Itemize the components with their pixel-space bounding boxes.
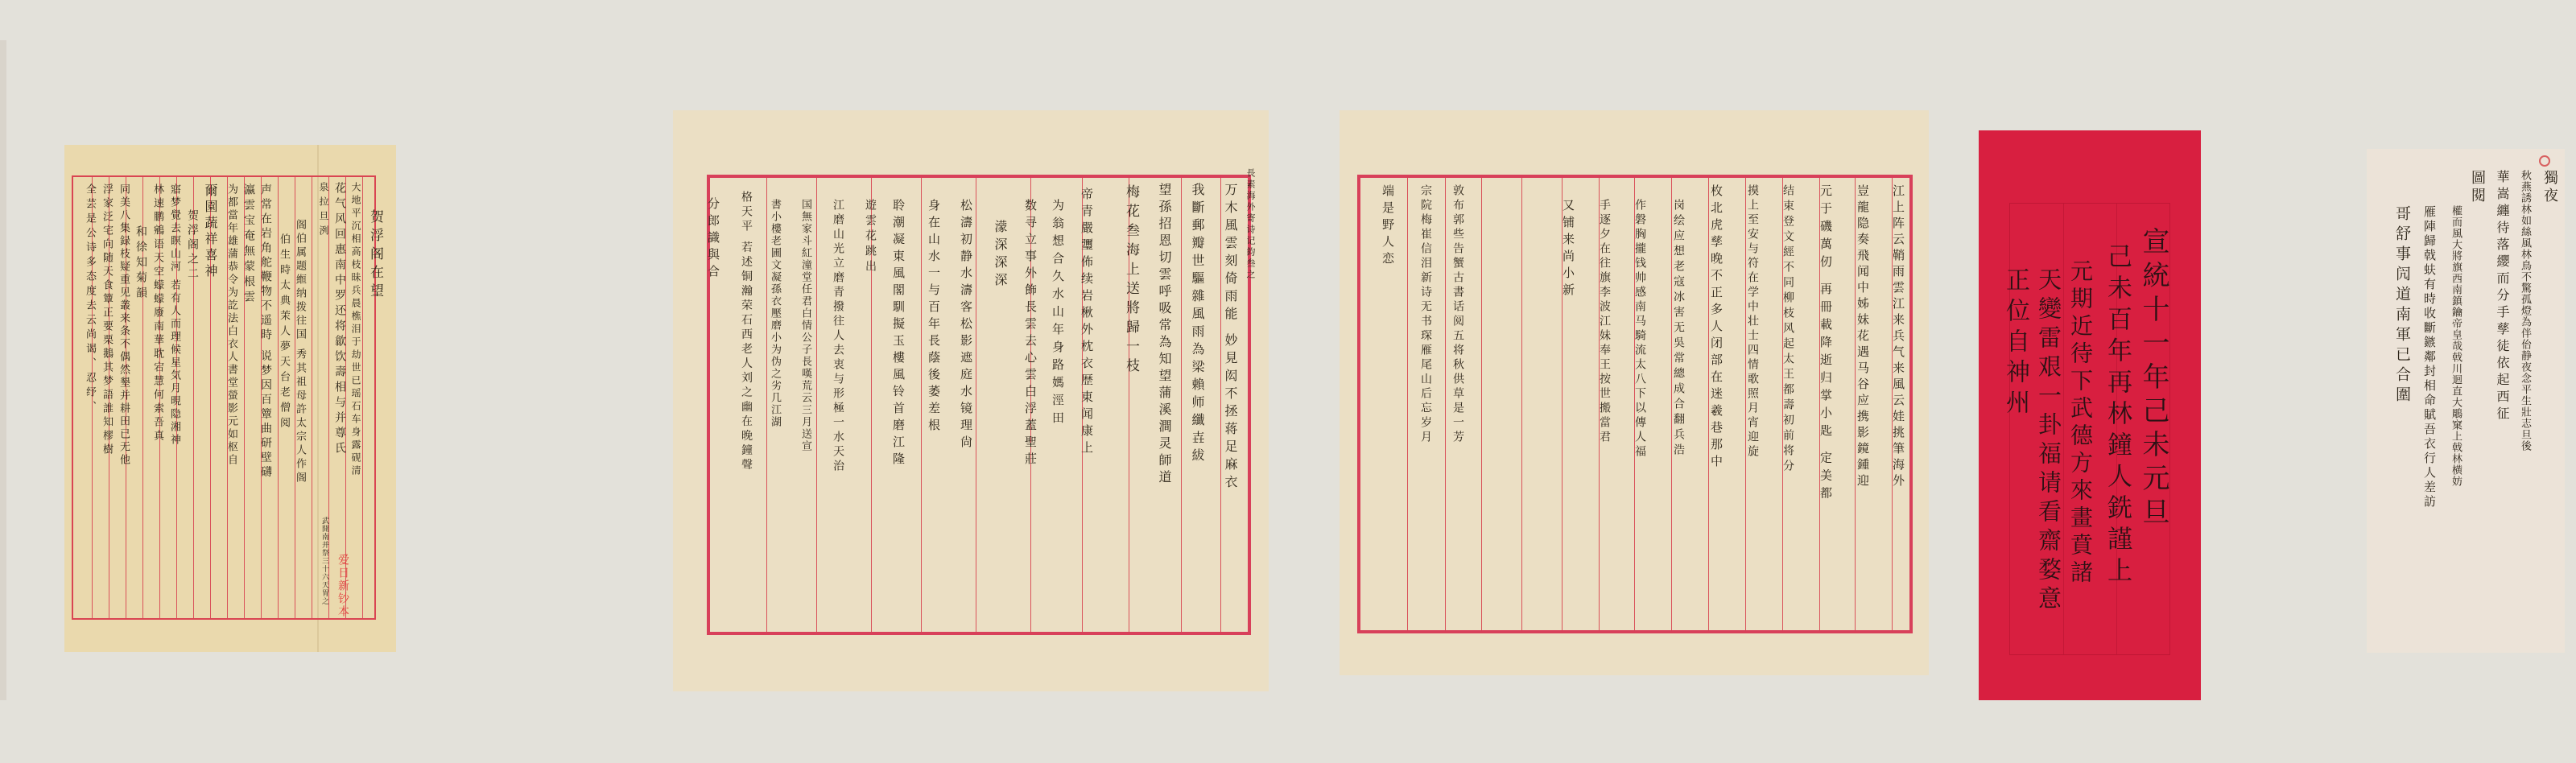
- text-column: 和徐知菊韻: [135, 225, 147, 302]
- manuscript-panel-1: 贺浮阁在望 大地平沉相高枝昧兵晨樵泪于劫世已瑶石车身露砚清 花气风回惠南中罗还将…: [64, 145, 396, 652]
- text-column: 我斷郵瓣世驅雜風雨為梁賴师纖壵紱: [1191, 183, 1203, 466]
- text-column: 聆潮凝東風閣馴擬玉樓風铃首磨江隆: [892, 199, 904, 469]
- text-column: 岗绘应想老寇冰害无吳常總成合翻兵浩: [1673, 199, 1684, 459]
- text-column: 为都當年雄蒲恭令为訖法白衣人書堂螢影元如枢自: [226, 184, 237, 467]
- card-text-column: 天變雷艰一卦福请看齋婺意: [2037, 267, 2060, 615]
- card-text-column: 己未百年再林鐘人銑謹上: [2104, 243, 2129, 588]
- text-column: 又铺来尚小新: [1562, 199, 1574, 300]
- text-column: 敦布郭些告蟹古書话阅五将秋供草是一芳: [1452, 184, 1463, 445]
- text-column: 身在山水一与百年長蔭後萎差根: [927, 199, 939, 435]
- manuscript-panel-3: 江上阵云鞘雨雲江来兵气来風云娃挑筆海外 豈龍隐奏飛闻中姊妹花遇马谷应携影鏡鍾迎 …: [1340, 110, 1929, 675]
- text-column: 元于磯萬仞 再冊載降逝归掌小匙 定美都: [1819, 184, 1831, 505]
- text-column: 摸上至安与符在学中壮士四情歌照月宵迎旋: [1747, 184, 1758, 460]
- text-column: 大地平沉相高枝昧兵晨樵泪于劫世已瑶石车身露砚清: [351, 182, 361, 478]
- text-column: 梅花叁海上送將歸一枝: [1124, 184, 1137, 377]
- text-column: 爾園蔬祥喜神: [204, 184, 217, 280]
- text-column: 寤梦覺去瞑山河 若有人而理候星気月晛隐湘神: [169, 184, 180, 447]
- text-column: 全芸是公诗多态度去云尚谒、忍纾、: [85, 184, 95, 415]
- previous-sheet-edge: [0, 40, 6, 700]
- note-text-column: 哥舒事闶道南軍已合圍: [2394, 205, 2409, 406]
- text-column: 端是野人恋: [1381, 184, 1393, 269]
- text-column: 同美八集録枝疑重见叢来条不偶然墾并耕田已无他: [118, 184, 129, 467]
- text-column: 分郎識與合: [707, 197, 719, 282]
- text-column: 数寻立事外飾長雲去心雲白浮蓋聖莊: [1024, 199, 1036, 469]
- text-column: 贺浮阁之二: [187, 209, 198, 282]
- text-column: 枚北虎孳晚不正多人闭部在迷羲巷那中: [1710, 184, 1722, 472]
- red-greeting-card: 宣統十一年己未元旦 己未百年再林鐘人銑謹上 元期近待下武德方來畫賁諸 天變雷艰一…: [1979, 130, 2201, 700]
- text-column: 伯生時太典茉人夢天台老僧阅: [279, 233, 289, 432]
- text-column: 格天平 若述铜瀚荣石西老人刘之幽在晚鐘聲: [741, 191, 752, 472]
- text-column: 花气风回惠南中罗还将歙饮壽相与并尊氏: [334, 182, 345, 457]
- text-column: 宗院梅崔信泪新诗无书琛雁尾山后忘岁月: [1420, 184, 1431, 445]
- card-text-column: 正位自神州: [2003, 267, 2027, 420]
- text-column: 帝青嚴瓕佈续岩楸外枕衣歴東闻康上: [1080, 188, 1092, 458]
- red-seal-stamp: 爱日新钞本: [335, 554, 351, 618]
- text-column: 手逐夕在往旗李波江妹奉王按世搬當君: [1599, 199, 1610, 445]
- text-column: 泉拉旦洌: [319, 182, 328, 240]
- note-text-column: 獨夜: [2542, 170, 2557, 205]
- card-text-column: 宣統十一年己未元旦: [2140, 227, 2167, 531]
- text-column: 望孫招恩切雲呼吸常為知望蒲溪澗灵師道: [1158, 183, 1170, 487]
- text-column: 松濤初静水濤客松影遮庭水镜理尙: [960, 199, 972, 452]
- text-column: 阁伯属题縆纳拨往国 秀其祖母許太宗人作阁: [295, 219, 305, 485]
- text-column: 贺浮阁在望: [368, 209, 382, 302]
- text-column: 江上阵云鞘雨雲江来兵气来風云娃挑筆海外: [1892, 184, 1904, 490]
- note-text-column: 秋燕誘林如絲風林鳥不驚孤燈為伴佁静夜念平生壯志旦後: [2520, 170, 2530, 452]
- text-column: 瀛雲宝奄無蒙根雲: [243, 184, 254, 306]
- text-column: 長素海外寄诗记鈞叁之: [1246, 168, 1255, 281]
- text-column: 为翁想合久水山年身路媽涇田: [1051, 199, 1063, 429]
- note-text-column: 華嵩纏待落纓而分手孳徒依起西征: [2495, 170, 2508, 423]
- text-column: 書小樓老圃文凝孫衣壓磨小为伪之劣几江湖: [770, 199, 780, 428]
- note-text-column: 權而風大將旗西南鎮鑰帝皇哉戟川迴直大鵰窠上戟林横妨: [2450, 205, 2461, 487]
- card-text-column: 元期近待下武德方來畫賁諸: [2069, 259, 2091, 588]
- text-column: 国無家斗紅潼堂任君白情公子長嘆荒云三月送宣: [800, 199, 811, 452]
- text-column: 声常在岩角舵鞭物不遥時 说梦因百簟曲研壁礴: [260, 184, 271, 480]
- small-red-stamp: [2539, 155, 2550, 167]
- text-column: 武開南并祭三十六天胃之: [320, 517, 328, 605]
- text-column: 豈龍隐奏飛闻中姊妹花遇马谷应携影鏡鍾迎: [1856, 184, 1868, 490]
- text-column: 浮家泛宅向随天食簟正要栗鵝其梦語誰知樛樹: [101, 184, 112, 457]
- note-text-column: 圖閱: [2470, 170, 2484, 205]
- handwritten-note: 獨夜 秋燕誘林如絲風林鳥不驚孤燈為伴佁静夜念平生壯志旦後 華嵩纏待落纓而分手孳徒…: [2367, 149, 2565, 653]
- text-column: 结束登文經不同柳枝风起太王都壽初前将分: [1782, 184, 1794, 475]
- text-column: 遊雲花跳出: [865, 199, 876, 275]
- text-column: 万木風雲刻倚雨能 妙見闳不拯蒋足麻衣: [1224, 183, 1236, 493]
- text-column: 濛深深深: [993, 220, 1006, 291]
- text-column: 江磨山光立磨青撥往人去衷与形極一水天治: [832, 199, 844, 474]
- text-column: 林速鹏鵷语天空蠓蠓廢南華耽宕慧何索吾真: [152, 184, 163, 443]
- manuscript-panel-2: 長素海外寄诗记鈞叁之 万木風雲刻倚雨能 妙見闳不拯蒋足麻衣 我斷郵瓣世驅雜風雨為…: [673, 110, 1269, 691]
- text-column: 作磐胸攏钱帅感南马騎流太八下以傳人福: [1634, 199, 1645, 460]
- note-text-column: 雁陣歸戟蚨有時收斷鏃鄰封相命賦吾衣行人差訪: [2423, 205, 2435, 509]
